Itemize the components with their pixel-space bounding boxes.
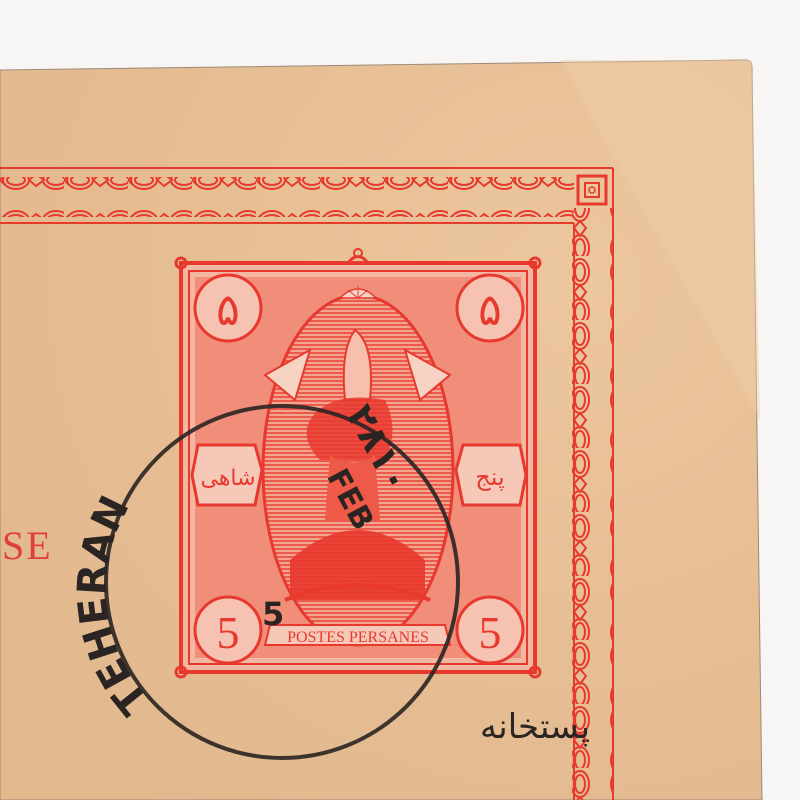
imprinted-stamp: ۵ ۵ 5 5 شاهی پنج POSTES PERSANES xyxy=(176,249,540,677)
panel-right-text: پنج xyxy=(475,463,504,491)
value-bottom-left: 5 xyxy=(217,607,240,658)
persian-handwriting: پستخانه xyxy=(480,707,590,747)
stamp-inscription: POSTES PERSANES xyxy=(287,629,429,646)
address-label-partial: SE xyxy=(2,526,53,566)
value-top-left: ۵ xyxy=(216,285,240,336)
panel-left-text: شاهی xyxy=(200,466,255,491)
photo-scene: ۵ ۵ 5 5 شاهی پنج POSTES PERSANES TEHERAN… xyxy=(0,0,800,800)
value-bottom-right: 5 xyxy=(479,607,502,658)
postmark-date: 5 xyxy=(262,595,284,633)
value-top-right: ۵ xyxy=(478,285,502,336)
